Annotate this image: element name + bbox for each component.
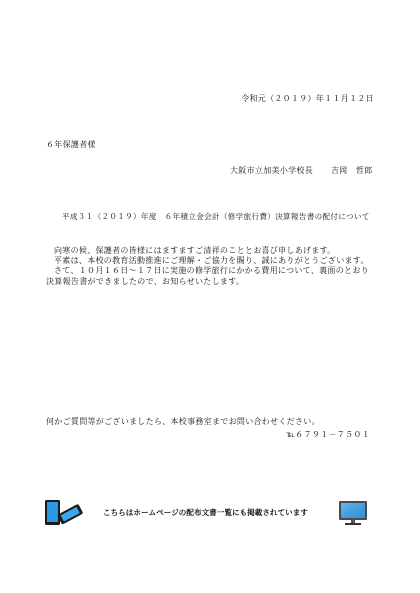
document-title: 平成３１（２０１９）年度 ６年積立金会計（修学旅行費）決算報告書の配付について <box>62 212 370 222</box>
sender-name: 吉岡 哲郎 <box>331 166 373 175</box>
body-paragraph-main: さて、１０月１６日～１７日に実施の修学旅行にかかる費用について、裏面のとおり <box>46 266 369 276</box>
body-paragraph-main-cont: 決算報告書ができましたので、お知らせいたします。 <box>46 277 369 287</box>
body-paragraph-thanks: 平素は、本校の教育活動推進にご理解・ご協力を賜り、誠にありがとうございます。 <box>46 256 369 266</box>
sender-organization: 大阪市立加美小学校長 <box>230 166 313 175</box>
inquiry-line: 何かご質問等がございましたら、本校事務室までお問い合わせください。 <box>46 417 320 427</box>
mobile-devices-icon <box>44 499 84 527</box>
desktop-monitor-icon <box>338 499 368 527</box>
homepage-notice: こちらはホームページの配布文書一覧にも掲載されています <box>103 507 308 518</box>
recipient-line: ６年保護者様 <box>46 140 96 150</box>
document-date: 令和元（２０１９）年１１月１２日 <box>241 94 374 104</box>
sender-line: 大阪市立加美小学校長吉岡 哲郎 <box>230 166 373 176</box>
document-body: 向寒の候、保護者の皆様にはますますご清祥のこととお喜び申しあげます。 平素は、本… <box>46 246 369 287</box>
body-paragraph-greeting: 向寒の候、保護者の皆様にはますますご清祥のこととお喜び申しあげます。 <box>46 246 369 256</box>
telephone-number: ℡６７９１－７５０１ <box>286 430 370 440</box>
